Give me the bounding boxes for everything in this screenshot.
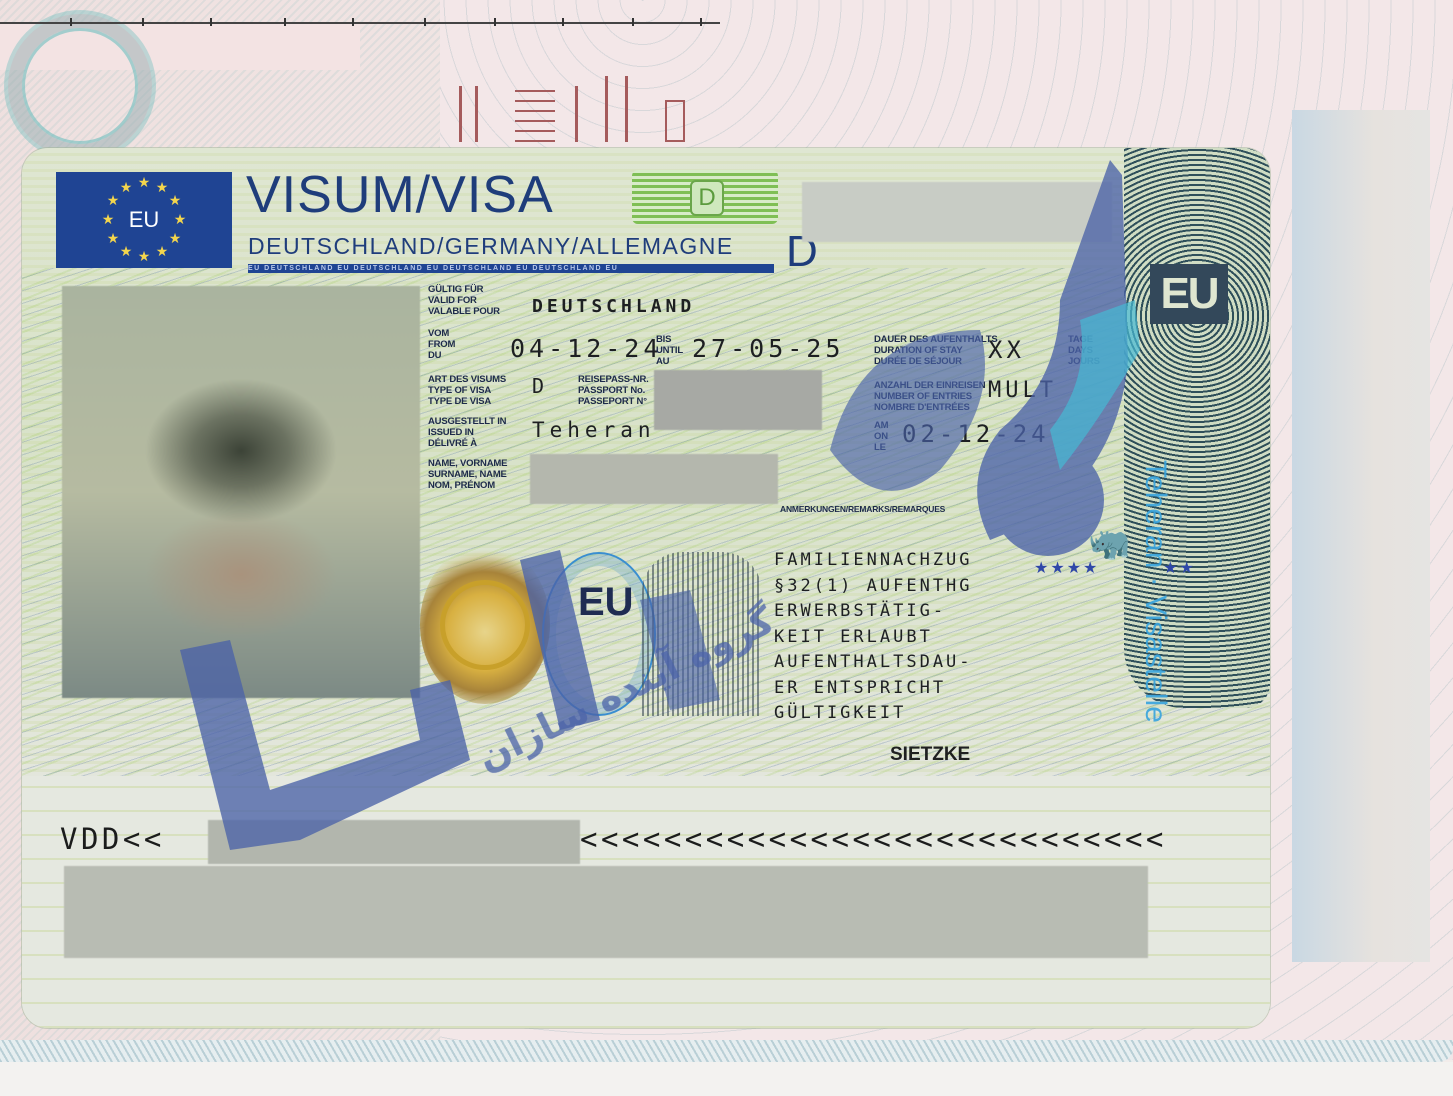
- label-duration-unit: TAGE DAYS JOURS: [1068, 334, 1100, 367]
- label-entries: ANZAHL DER EINREISEN NUMBER OF ENTRIES N…: [874, 380, 985, 413]
- mrz-line-1-filler: <<<<<<<<<<<<<<<<<<<<<<<<<<<<: [580, 822, 1167, 856]
- rhino-emblem-icon: 🦏: [1088, 526, 1130, 560]
- value-entries: MULT: [988, 378, 1057, 403]
- visa-subtitle: DEUTSCHLAND/GERMANY/ALLEMAGNE: [248, 232, 734, 260]
- value-until: 27-05-25: [692, 334, 844, 363]
- remarks-line: §32(1) AUFENTHG: [774, 576, 973, 596]
- hologram-ring-icon: [440, 580, 530, 670]
- microprint-band: EU DEUTSCHLAND EU DEUTSCHLAND EU DEUTSCH…: [248, 264, 774, 273]
- scan-background: [0, 1062, 1453, 1096]
- redacted-visa-number: [802, 182, 1112, 242]
- label-until: BIS UNTIL AU: [656, 334, 683, 367]
- label-name: NAME, VORNAME SURNAME, NAME NOM, PRÉNOM: [428, 458, 507, 491]
- country-badge-letter: D: [690, 180, 724, 216]
- value-valid-for: DEUTSCHLAND: [532, 296, 695, 317]
- hologram-eu-text: EU: [578, 580, 608, 624]
- label-visa-type: ART DES VISUMS TYPE OF VISA TYPE DE VISA: [428, 374, 506, 407]
- eu-flag-icon: ★ ★ ★ ★ ★ ★ ★ ★ ★ ★ ★ ★ EU: [56, 172, 232, 268]
- redacted-mrz-name: [208, 820, 580, 864]
- page-stitching: [0, 22, 720, 24]
- country-badge: D: [632, 170, 778, 224]
- issuer-stamp: Teheran · Visastelle: [1140, 460, 1170, 723]
- redacted-passport-number: [654, 370, 822, 430]
- value-duration: XX: [988, 336, 1025, 364]
- redacted-mrz-line-2: [64, 866, 1148, 958]
- label-duration: DAUER DES AUFENTHALTS DURATION OF STAY D…: [874, 334, 998, 367]
- officer-signature: SIETZKE: [890, 744, 970, 766]
- remarks-line: KEIT ERLAUBT: [774, 627, 933, 647]
- label-issued-on: AM ON LE: [874, 420, 888, 453]
- remarks-line: ER ENTSPRICHT: [774, 678, 946, 698]
- value-issued-in: Teheran: [532, 418, 656, 442]
- label-issued-in: AUSGESTELLT IN ISSUED IN DÉLIVRÉ À: [428, 416, 506, 449]
- decorative-bars: [455, 80, 685, 142]
- remarks-line: ERWERBSTÄTIG-: [774, 601, 946, 621]
- mrz-line-1-prefix: VDD<<: [60, 822, 165, 856]
- rosette-ornament-icon: [22, 28, 138, 144]
- remarks-line: AUFENTHALTSDAU-: [774, 652, 973, 672]
- value-visa-type: D: [532, 374, 548, 398]
- holder-photo-blurred: [62, 286, 420, 698]
- visa-sticker: EU ★ ★ ★ ★ ★ ★ ★ ★ ★ ★ ★ ★ EU VISUM/VISA…: [22, 148, 1270, 1028]
- label-from: VOM FROM DU: [428, 328, 455, 361]
- value-from: 04-12-24: [510, 334, 662, 363]
- remarks-line: FAMILIENNACHZUG: [774, 550, 973, 570]
- label-passport-no: REISEPASS-NR. PASSPORT No. PASSEPORT N°: [578, 374, 649, 407]
- label-remarks: ANMERKUNGEN/REMARKS/REMARQUES: [780, 504, 945, 515]
- ornament-eu-mark: EU: [1150, 264, 1228, 324]
- label-valid-for: GÜLTIG FÜR VALID FOR VALABLE POUR: [428, 284, 500, 317]
- value-issued-on: 02-12-24: [902, 420, 1050, 448]
- page-edge-pattern: [0, 1040, 1453, 1062]
- remarks-text: FAMILIENNACHZUG §32(1) AUFENTHG ERWERBST…: [774, 548, 973, 727]
- eu-flag-label: EU: [56, 207, 232, 233]
- redacted-holder-name: [530, 454, 778, 504]
- redacted-stamp-area: [1292, 110, 1430, 962]
- visa-title: VISUM/VISA: [246, 166, 554, 224]
- remarks-line: GÜLTIGKEIT: [774, 703, 906, 723]
